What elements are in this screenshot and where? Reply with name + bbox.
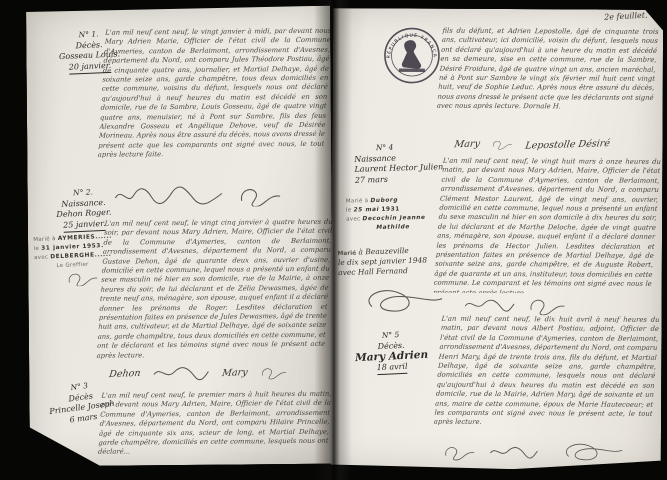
signature-name: Lepostolle Désiré: [525, 138, 611, 151]
signature-name: Mary: [222, 366, 249, 378]
act4-body-text: L'an mil neuf cent neuf, le vingt huit m…: [433, 157, 661, 294]
signature-flourish: [489, 441, 539, 463]
signature-paraph: [238, 184, 284, 206]
republique-francaise-seal-stamp: RÉPUBLIQUE FRANÇAISE: [383, 24, 441, 86]
signature-flourish: [152, 364, 210, 383]
act-date: 25 janvier.: [63, 218, 106, 232]
act2-signatures: Dehon Mary: [109, 362, 329, 384]
stamp-label: Marié: [338, 251, 357, 258]
act5-body-text: L'an mil neuf cent neuf, le dix huit avr…: [433, 315, 660, 438]
stamp-label: Marié à: [346, 198, 369, 204]
signature-grand-flourish: [551, 439, 635, 465]
register-left-page: N° 1. Décès. Gosseau Louis. 20 janvier. …: [26, 6, 334, 467]
act1-signatures: [114, 184, 326, 208]
signature-paraph: [443, 442, 477, 462]
scanned-register-spread: N° 1. Décès. Gosseau Louis. 20 janvier. …: [0, 0, 667, 480]
signature-paraph: [492, 135, 514, 153]
act-continuation-text: fils du défunt, et Adrien Lepostolle, âg…: [435, 27, 659, 134]
margin-note-act5: N° 5 Décès. Mary Adrien 18 avril: [338, 328, 444, 377]
act5-signatures: [443, 439, 657, 466]
signature-flourish: [464, 296, 516, 314]
act-continuation-signatures: Mary Lepostolle Désiré: [454, 135, 654, 154]
stamp-spouse-2: Mathilde: [376, 224, 410, 231]
act2-body-text: L'an mil neuf cent neuf, le vingt cinq j…: [96, 218, 333, 364]
stamp-label: avec: [346, 216, 360, 222]
marriage-mention-stamp: Marié à Duborg le 25 mai 1931 avec Decoc…: [346, 195, 453, 233]
stamp-spouse: Decochin Jeanne: [362, 215, 425, 222]
stamp-place: Duborg: [370, 198, 398, 205]
signature-paraph: [528, 295, 568, 315]
signature-paraph: [260, 362, 288, 382]
stamp-clerk-label: Le Greffier: [56, 262, 88, 269]
stamp-label: avec: [34, 254, 48, 261]
stamp-label: le: [34, 246, 40, 252]
sheet-corner-note: 2e feuillet.: [604, 11, 648, 22]
stamp-date: 25 mai: [354, 207, 380, 214]
stamp-label: le: [346, 207, 352, 213]
act4-signatures: [464, 295, 654, 316]
clerk-signature-flourish: [61, 269, 106, 287]
stamp-label: Marié à: [33, 236, 56, 243]
stamp-year: 1931: [381, 206, 400, 212]
register-right-page: 2e feuillet. RÉPUBLIQUE FRANÇAISE fils d…: [331, 8, 663, 470]
note-place: à Beauzeville: [358, 246, 409, 256]
seal-figure: [402, 40, 421, 69]
act1-body-text: L'an mil neuf cent neuf, le vingt janvie…: [96, 27, 331, 181]
act3-body-text: L'an mil neuf cent neuf, le premier mars…: [98, 390, 332, 458]
act-date: 18 avril: [376, 361, 408, 375]
